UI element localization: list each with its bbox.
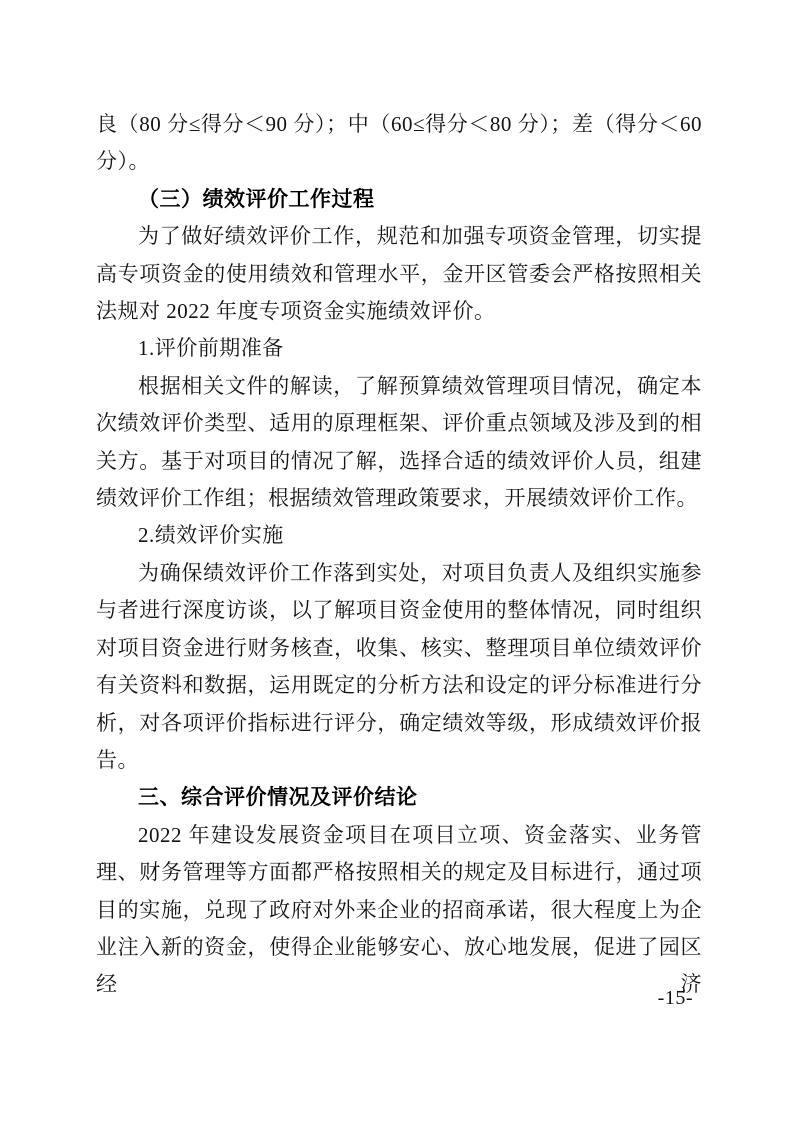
paragraph-step1-preparation: 根据相关文件的解读，了解预算绩效管理项目情况，确定本次绩效评价类型、适用的原理框… bbox=[96, 368, 702, 518]
subheading-step1-preparation: 1.评价前期准备 bbox=[96, 330, 702, 367]
heading-chapter-3-overall-conclusion: 三、综合评价情况及评价结论 bbox=[96, 779, 702, 816]
subheading-step2-implementation: 2.绩效评价实施 bbox=[96, 517, 702, 554]
page-number: -15- bbox=[658, 984, 693, 1012]
paragraph-chapter3-conclusion: 2022 年建设发展资金项目在项目立项、资金落实、业务管理、财务管理等方面都严格… bbox=[96, 817, 702, 1004]
paragraph-step2-implementation: 为确保绩效评价工作落到实处，对项目负责人及组织实施参与者进行深度访谈，以了解项目… bbox=[96, 555, 702, 779]
document-page: 良（80 分≤得分＜90 分）；中（60≤得分＜80 分）；差（得分＜60 分）… bbox=[0, 0, 793, 1122]
document-body: 良（80 分≤得分＜90 分）；中（60≤得分＜80 分）；差（得分＜60 分）… bbox=[96, 106, 702, 1004]
paragraph-section3-intro: 为了做好绩效评价工作，规范和加强专项资金管理，切实提高专项资金的使用绩效和管理水… bbox=[96, 218, 702, 330]
paragraph-grade-scale-continuation: 良（80 分≤得分＜90 分）；中（60≤得分＜80 分）；差（得分＜60 分）… bbox=[96, 106, 702, 181]
heading-section-3-evaluation-process: （三）绩效评价工作过程 bbox=[96, 181, 702, 218]
